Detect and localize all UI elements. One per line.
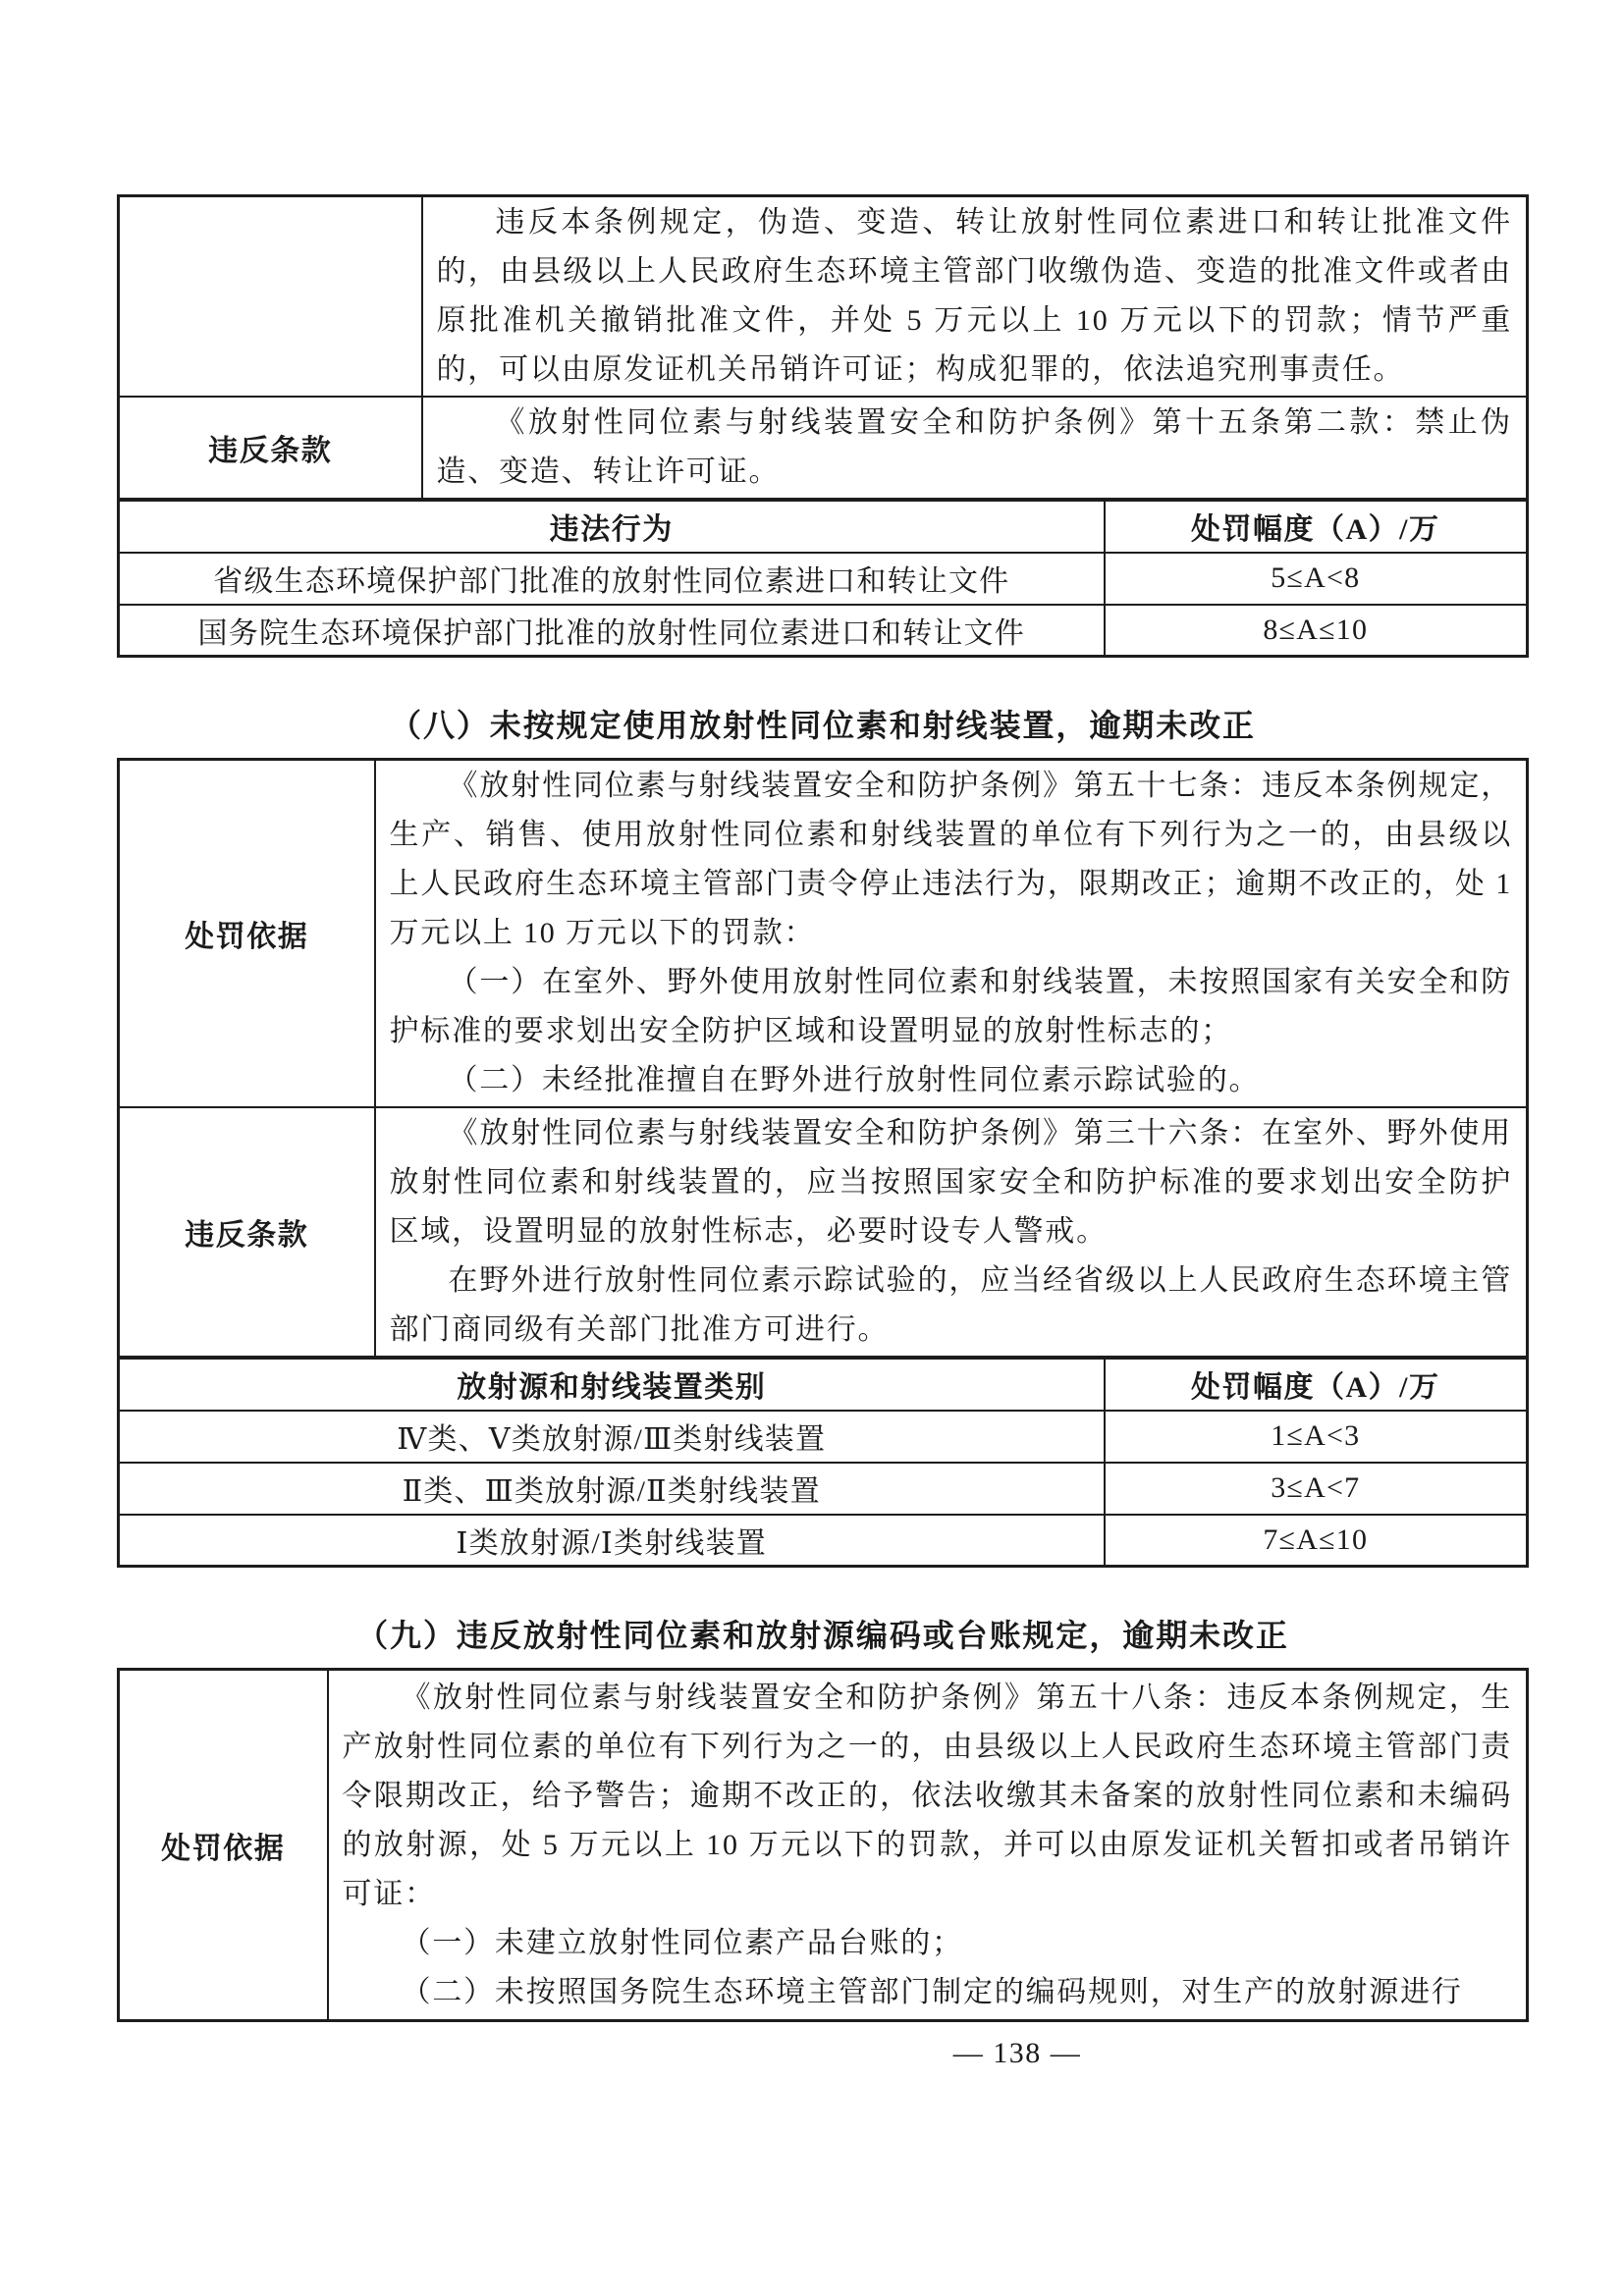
range-column-header: 处罚幅度（A）/万 — [1105, 501, 1528, 553]
violation-clause-label: 违反条款 — [119, 397, 422, 500]
table-header-row: 违法行为 处罚幅度（A）/万 — [119, 501, 1528, 553]
paragraph: （一）未建立放射性同位素产品台账的； — [343, 1919, 1513, 1968]
paragraph: 《放射性同位素与射线装置安全和防护条例》第五十八条：违反本条例规定，生产放射性同… — [343, 1674, 1513, 1919]
page-number: — 138 — — [953, 2038, 1082, 2069]
paragraph: 违反本条例规定，伪造、变造、转让放射性同位素进口和转让批准文件的，由县级以上人民… — [437, 198, 1513, 395]
category-cell: Ⅳ类、Ⅴ类放射源/Ⅲ类射线装置 — [119, 1411, 1105, 1463]
penalty-basis-label: 处罚依据 — [119, 1670, 328, 2021]
range-column-header: 处罚幅度（A）/万 — [1105, 1359, 1528, 1411]
table-row: 国务院生态环境保护部门批准的放射性同位素进口和转让文件 8≤A≤10 — [119, 605, 1528, 657]
table-row: 处罚依据 《放射性同位素与射线装置安全和防护条例》第五十八条：违反本条例规定，生… — [119, 1670, 1528, 2021]
category-cell: Ⅰ类放射源/Ⅰ类射线装置 — [119, 1515, 1105, 1567]
table-row: 违反条款 《放射性同位素与射线装置安全和防护条例》第十五条第二款：禁止伪造、变造… — [119, 397, 1528, 500]
table-row: 违反本条例规定，伪造、变造、转让放射性同位素进口和转让批准文件的，由县级以上人民… — [119, 196, 1528, 398]
penalty-basis-text-cell: 《放射性同位素与射线装置安全和防护条例》第五十七条：违反本条例规定，生产、销售、… — [375, 760, 1528, 1108]
paragraph: （一）在室外、野外使用放射性同位素和射线装置，未按照国家有关安全和防护标准的要求… — [390, 958, 1513, 1056]
violation-clause-label: 违反条款 — [119, 1107, 375, 1358]
section-9-heading: （九）违反放射性同位素和放射源编码或台账规定，逾期未改正 — [117, 1615, 1529, 1656]
penalty-basis-text-cell: 违反本条例规定，伪造、变造、转让放射性同位素进口和转让批准文件的，由县级以上人民… — [422, 196, 1528, 398]
range-cell: 5≤A<8 — [1105, 553, 1528, 605]
range-cell: 8≤A≤10 — [1105, 605, 1528, 657]
behavior-cell: 省级生态环境保护部门批准的放射性同位素进口和转让文件 — [119, 553, 1105, 605]
table-row: Ⅰ类放射源/Ⅰ类射线装置 7≤A≤10 — [119, 1515, 1528, 1567]
violation-clause-text-cell: 《放射性同位素与射线装置安全和防护条例》第三十六条：在室外、野外使用放射性同位素… — [375, 1107, 1528, 1358]
paragraph: 《放射性同位素与射线装置安全和防护条例》第十五条第二款：禁止伪造、变造、转让许可… — [437, 399, 1513, 497]
table-row: 违反条款 《放射性同位素与射线装置安全和防护条例》第三十六条：在室外、野外使用放… — [119, 1107, 1528, 1358]
table-b-penalty: 放射源和射线装置类别 处罚幅度（A）/万 Ⅳ类、Ⅴ类放射源/Ⅲ类射线装置 1≤A… — [117, 1357, 1529, 1568]
paragraph: 在野外进行放射性同位素示踪试验的，应当经省级以上人民政府生态环境主管部门商同级有… — [390, 1256, 1513, 1355]
section-8-heading: （八）未按规定使用放射性同位素和射线装置，逾期未改正 — [117, 705, 1529, 746]
penalty-basis-text-cell: 《放射性同位素与射线装置安全和防护条例》第五十八条：违反本条例规定，生产放射性同… — [328, 1670, 1528, 2021]
table-b-clauses: 处罚依据 《放射性同位素与射线装置安全和防护条例》第五十七条：违反本条例规定，生… — [117, 758, 1529, 1359]
paragraph: （二）未按照国务院生态环境主管部门制定的编码规则，对生产的放射源进行 — [343, 1968, 1513, 2017]
paragraph: （二）未经批准擅自在野外进行放射性同位素示踪试验的。 — [390, 1056, 1513, 1105]
range-cell: 7≤A≤10 — [1105, 1515, 1528, 1567]
range-cell: 1≤A<3 — [1105, 1411, 1528, 1463]
table-row: Ⅱ类、Ⅲ类放射源/Ⅱ类射线装置 3≤A<7 — [119, 1463, 1528, 1515]
violation-clause-text-cell: 《放射性同位素与射线装置安全和防护条例》第十五条第二款：禁止伪造、变造、转让许可… — [422, 397, 1528, 500]
table-row: Ⅳ类、Ⅴ类放射源/Ⅲ类射线装置 1≤A<3 — [119, 1411, 1528, 1463]
table-header-row: 放射源和射线装置类别 处罚幅度（A）/万 — [119, 1359, 1528, 1411]
category-cell: Ⅱ类、Ⅲ类放射源/Ⅱ类射线装置 — [119, 1463, 1105, 1515]
table-row: 处罚依据 《放射性同位素与射线装置安全和防护条例》第五十七条：违反本条例规定，生… — [119, 760, 1528, 1108]
paragraph: 《放射性同位素与射线装置安全和防护条例》第三十六条：在室外、野外使用放射性同位素… — [390, 1109, 1513, 1256]
behavior-column-header: 违法行为 — [119, 501, 1105, 553]
table-a-penalty: 违法行为 处罚幅度（A）/万 省级生态环境保护部门批准的放射性同位素进口和转让文… — [117, 499, 1529, 658]
document-page: 违反本条例规定，伪造、变造、转让放射性同位素进口和转让批准文件的，由县级以上人民… — [0, 0, 1624, 2296]
category-column-header: 放射源和射线装置类别 — [119, 1359, 1105, 1411]
table-a-clauses: 违反本条例规定，伪造、变造、转让放射性同位素进口和转让批准文件的，由县级以上人民… — [117, 194, 1529, 501]
range-cell: 3≤A<7 — [1105, 1463, 1528, 1515]
penalty-basis-label: 处罚依据 — [119, 760, 375, 1108]
paragraph: 《放射性同位素与射线装置安全和防护条例》第五十七条：违反本条例规定，生产、销售、… — [390, 762, 1513, 958]
table-row: 省级生态环境保护部门批准的放射性同位素进口和转让文件 5≤A<8 — [119, 553, 1528, 605]
table-c-clauses: 处罚依据 《放射性同位素与射线装置安全和防护条例》第五十八条：违反本条例规定，生… — [117, 1668, 1529, 2022]
penalty-basis-label-empty-cell — [119, 196, 422, 398]
behavior-cell: 国务院生态环境保护部门批准的放射性同位素进口和转让文件 — [119, 605, 1105, 657]
